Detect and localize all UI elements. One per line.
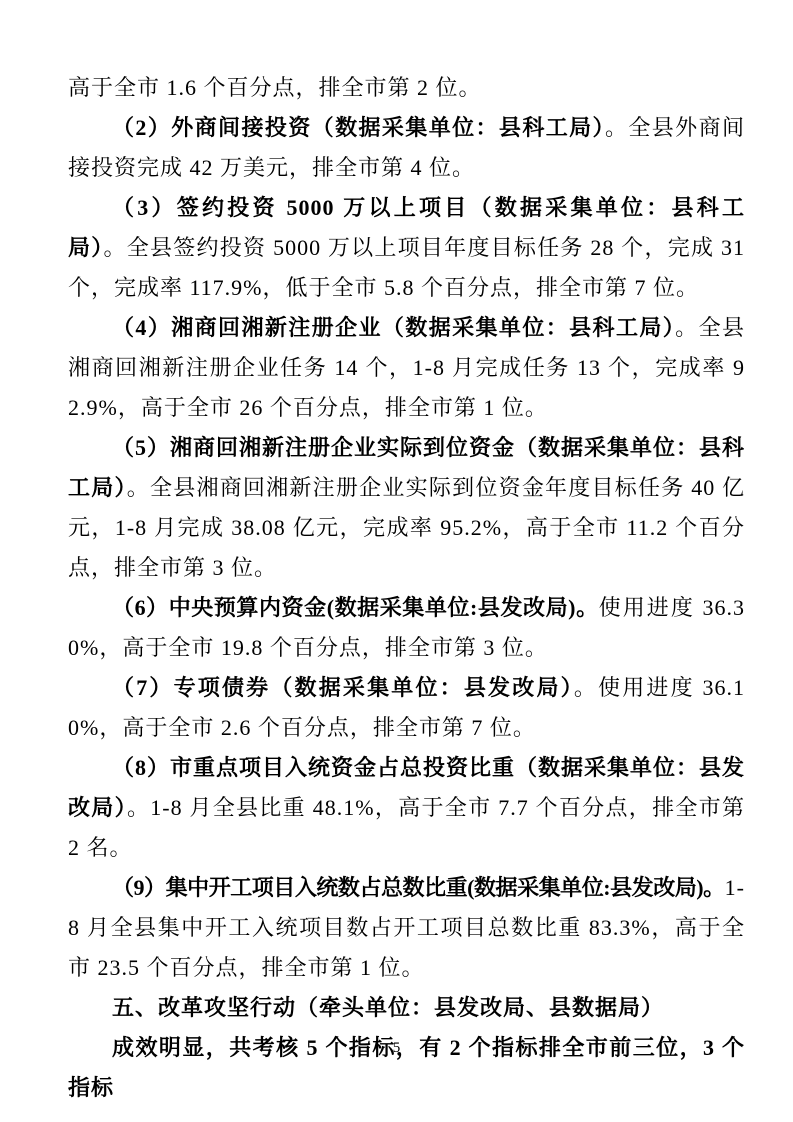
section-heading-5: 五、改革攻坚行动（牵头单位：县发改局、县数据局） [68,988,745,1028]
document-body: 高于全市 1.6 个百分点，排全市第 2 位。 （2）外商间接投资（数据采集单位… [68,68,745,1108]
item-7-title: （7）专项债券（数据采集单位：县发改局） [112,675,574,700]
item-6-title: （6）中央预算内资金(数据采集单位:县发改局)。 [112,595,599,620]
item-9-title: （9）集中开工项目入统数占总数比重(数据采集单位:县发改局)。 [112,875,725,900]
body-text: 高于全市 1.6 个百分点，排全市第 2 位。 [68,75,482,100]
paragraph-item-4: （4）湘商回湘新注册企业（数据采集单位：县科工局）。全县湘商回湘新注册企业任务 … [68,308,745,428]
item-2-title: （2）外商间接投资（数据采集单位：县科工局） [112,115,605,140]
paragraph-item-8: （8）市重点项目入统资金占总投资比重（数据采集单位：县发改局）。1-8 月全县比… [68,748,745,868]
paragraph-continuation: 高于全市 1.6 个百分点，排全市第 2 位。 [68,68,745,108]
paragraph-item-3: （3）签约投资 5000 万以上项目（数据采集单位：县科工局）。全县签约投资 5… [68,188,745,308]
paragraph-item-2: （2）外商间接投资（数据采集单位：县科工局）。全县外商间接投资完成 42 万美元… [68,108,745,188]
page-number: 5 [0,1038,793,1058]
paragraph-item-9: （9）集中开工项目入统数占总数比重(数据采集单位:县发改局)。1-8 月全县集中… [68,868,745,988]
section-heading-text: 五、改革攻坚行动（牵头单位：县发改局、县数据局） [112,995,664,1020]
paragraph-item-6: （6）中央预算内资金(数据采集单位:县发改局)。使用进度 36.30%，高于全市… [68,588,745,668]
item-3-body: 。全县签约投资 5000 万以上项目年度目标任务 28 个，完成 31 个，完成… [68,235,745,300]
item-4-title: （4）湘商回湘新注册企业（数据采集单位：县科工局） [112,315,675,340]
item-8-body: 。1-8 月全县比重 48.1%，高于全市 7.7 个百分点，排全市第 2 名。 [68,795,745,860]
paragraph-item-5: （5）湘商回湘新注册企业实际到位资金（数据采集单位：县科工局）。全县湘商回湘新注… [68,428,745,588]
item-5-body: 。全县湘商回湘新注册企业实际到位资金年度目标任务 40 亿元，1-8 月完成 3… [68,475,745,580]
document-page: 高于全市 1.6 个百分点，排全市第 2 位。 （2）外商间接投资（数据采集单位… [0,0,793,1122]
paragraph-item-7: （7）专项债券（数据采集单位：县发改局）。使用进度 36.10%，高于全市 2.… [68,668,745,748]
